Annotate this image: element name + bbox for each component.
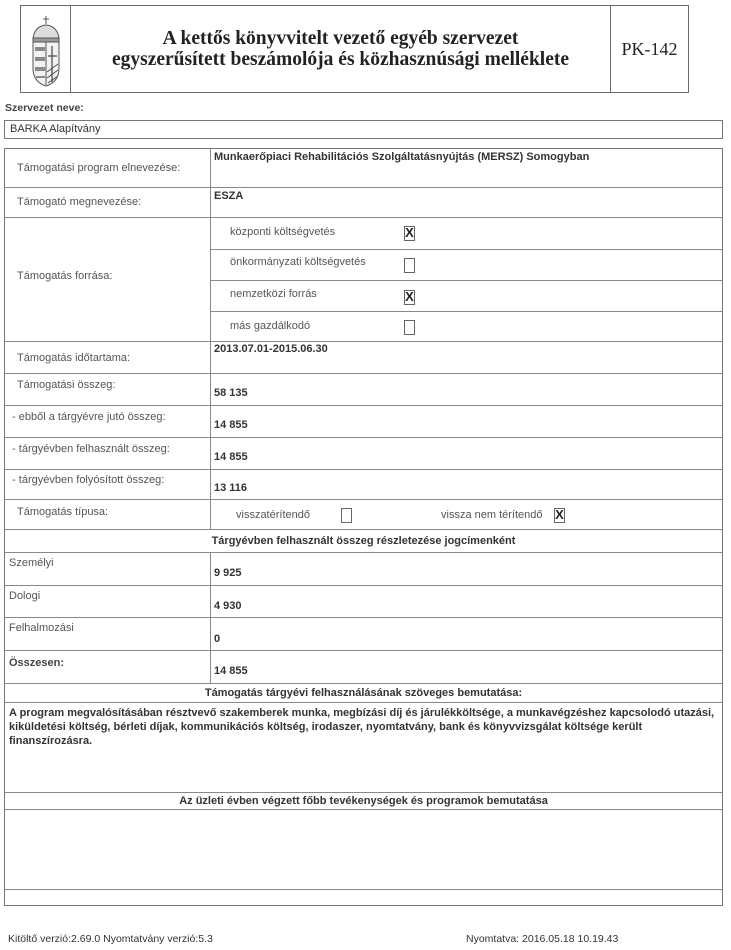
organization-name-field[interactable]: BARKA Alapítvány (4, 120, 723, 139)
refundable-label: visszatérítendő (236, 509, 310, 521)
version-info: Kitöltő verzió:2.69.0 Nyomtatvány verzió… (8, 933, 213, 945)
breakdown-label: Személyi (5, 553, 211, 586)
supporter-label: Támogató megnevezése: (5, 188, 211, 218)
row-supporter: Támogató megnevezése: ESZA (5, 187, 722, 218)
support-amount-label: Támogatási összeg: (5, 374, 211, 406)
breakdown-total-row: Összesen: 14 855 (5, 650, 722, 684)
print-timestamp: Nyomtatva: 2016.05.18 10.19.43 (466, 933, 618, 945)
duration-value[interactable]: 2013.07.01-2015.06.30 (211, 342, 722, 374)
non-refundable-label: vissza nem térítendő (441, 509, 543, 521)
paid-amount-label: - tárgyévben folyósított összeg: (5, 470, 211, 500)
source-option-label: központi költségvetés (230, 226, 335, 238)
source-option: nemzetközi forrás X (211, 280, 722, 312)
source-option-label: önkormányzati költségvetés (230, 256, 366, 268)
source-option: önkormányzati költségvetés (211, 249, 722, 281)
source-checkbox-municipal-budget[interactable] (404, 258, 415, 273)
support-source-options: központi költségvetés X önkormányzati kö… (211, 218, 722, 342)
row-support-amount: Támogatási összeg: 58 135 (5, 373, 722, 406)
organization-name-label: Szervezet neve: (5, 102, 84, 114)
duration-label: Támogatás időtartama: (5, 342, 211, 374)
breakdown-total-value[interactable]: 14 855 (211, 651, 722, 684)
form-header: A kettős könyvvitelt vezető egyéb szerve… (20, 5, 689, 93)
breakdown-label: Felhalmozási (5, 618, 211, 651)
non-refundable-checkbox[interactable]: X (554, 508, 565, 523)
program-name-label: Támogatási program elnevezése: (5, 149, 211, 187)
activities-heading: Az üzleti évben végzett főbb tevékenység… (5, 792, 722, 809)
breakdown-label: Dologi (5, 586, 211, 618)
form-title-line-2: egyszerűsített beszámolója és közhasznús… (112, 49, 569, 70)
source-option: más gazdálkodó (211, 311, 722, 343)
program-name-value[interactable]: Munkaerőpiaci Rehabilitációs Szolgáltatá… (211, 149, 722, 187)
breakdown-value[interactable]: 9 925 (211, 553, 722, 586)
description-heading: Támogatás tárgyévi felhasználásának szöv… (5, 683, 722, 702)
row-program-name: Támogatási program elnevezése: Munkaerőp… (5, 149, 722, 187)
source-checkbox-other-business[interactable] (404, 320, 415, 335)
crest-cell (21, 6, 71, 92)
row-used-amount: - tárgyévben felhasznált összeg: 14 855 (5, 437, 722, 470)
year-share-label: - ebből a tárgyévre jutó összeg: (5, 406, 211, 438)
paid-amount-value[interactable]: 13 116 (211, 470, 722, 500)
used-amount-label: - tárgyévben felhasznált összeg: (5, 438, 211, 470)
breakdown-value[interactable]: 4 930 (211, 586, 722, 618)
refundable-checkbox[interactable] (341, 508, 352, 523)
description-text[interactable]: A program megvalósításában résztvevő sza… (5, 702, 722, 792)
row-year-share: - ebből a tárgyévre jutó összeg: 14 855 (5, 405, 722, 438)
source-checkbox-international[interactable]: X (404, 290, 415, 305)
row-support-source: Támogatás forrása: központi költségvetés… (5, 217, 722, 342)
row-support-type: Támogatás típusa: visszatérítendő vissza… (5, 499, 722, 530)
breakdown-total-label: Összesen: (5, 651, 211, 684)
breakdown-value[interactable]: 0 (211, 618, 722, 651)
breakdown-row: Személyi 9 925 (5, 552, 722, 586)
support-type-options: visszatérítendő vissza nem térítendő X (211, 500, 722, 530)
source-checkbox-central-budget[interactable]: X (404, 226, 415, 241)
source-option-label: más gazdálkodó (230, 320, 310, 332)
breakdown-row: Felhalmozási 0 (5, 617, 722, 651)
form-title: A kettős könyvvitelt vezető egyéb szerve… (71, 6, 611, 92)
hungarian-coat-of-arms-icon (21, 6, 71, 92)
row-paid-amount: - tárgyévben folyósított összeg: 13 116 (5, 469, 722, 500)
activities-text[interactable] (5, 809, 722, 889)
breakdown-heading: Tárgyévben felhasznált összeg részletezé… (5, 529, 722, 552)
source-option: központi költségvetés X (211, 218, 722, 249)
source-option-label: nemzetközi forrás (230, 288, 317, 300)
supporter-value[interactable]: ESZA (211, 188, 722, 218)
activities-bottom-strip (5, 889, 722, 908)
row-duration: Támogatás időtartama: 2013.07.01-2015.06… (5, 341, 722, 374)
support-type-label: Támogatás típusa: (5, 500, 211, 530)
form-title-line-1: A kettős könyvvitelt vezető egyéb szerve… (163, 28, 519, 49)
support-table: Támogatási program elnevezése: Munkaerőp… (4, 148, 723, 906)
year-share-value[interactable]: 14 855 (211, 406, 722, 438)
support-source-label: Támogatás forrása: (5, 218, 211, 342)
support-amount-value[interactable]: 58 135 (211, 374, 722, 406)
form-code: PK-142 (611, 6, 688, 92)
used-amount-value[interactable]: 14 855 (211, 438, 722, 470)
breakdown-row: Dologi 4 930 (5, 585, 722, 618)
